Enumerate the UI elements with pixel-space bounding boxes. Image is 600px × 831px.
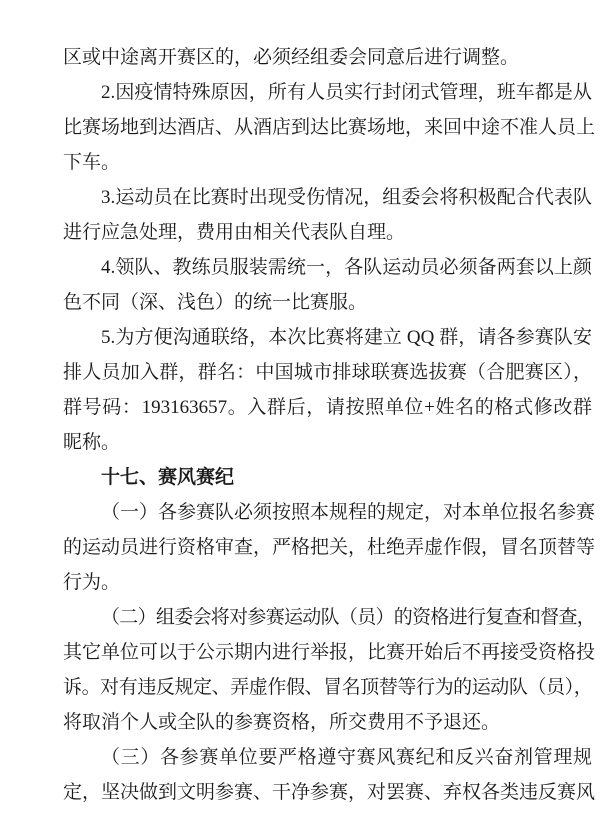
text-line: （二）组委会将对参赛运动队（员）的资格进行复查和督查， (63, 600, 592, 635)
text-line: 其它单位可以于公示期内进行举报，比赛开始后不再接受资格投 (63, 635, 592, 670)
text-line: （三）各参赛单位要严格遵守赛风赛纪和反兴奋剂管理规 (63, 740, 592, 775)
section-heading: 十七、赛风赛纪 (63, 460, 592, 495)
text-line: 昵称。 (63, 425, 592, 460)
text-line: 进行应急处理，费用由相关代表队自理。 (63, 215, 592, 250)
text-line: 诉。对有违反规定、弄虚作假、冒名顶替等行为的运动队（员）， (63, 670, 592, 705)
text-line: 5.为方便沟通联络，本次比赛将建立 QQ 群，请各参赛队安 (63, 320, 592, 355)
text-line: 行为。 (63, 565, 592, 600)
text-line: 的运动员进行资格审查，严格把关，杜绝弄虚作假，冒名顶替等 (63, 530, 592, 565)
text-line: （一）各参赛队必须按照本规程的规定，对本单位报名参赛 (63, 495, 592, 530)
text-line: 4.领队、教练员服装需统一，各队运动员必须备两套以上颜 (63, 250, 592, 285)
text-line: 群号码：193163657。入群后，请按照单位+姓名的格式修改群 (63, 390, 592, 425)
text-line: 色不同（深、浅色）的统一比赛服。 (63, 285, 592, 320)
document-page: 区或中途离开赛区的，必须经组委会同意后进行调整。 2.因疫情特殊原因，所有人员实… (63, 40, 592, 810)
text-line: 2.因疫情特殊原因，所有人员实行封闭式管理，班车都是从 (63, 75, 592, 110)
text-line: 下车。 (63, 145, 592, 180)
text-line: 3.运动员在比赛时出现受伤情况，组委会将积极配合代表队 (63, 180, 592, 215)
text-line: 定，坚决做到文明参赛、干净参赛，对罢赛、弃权各类违反赛风 (63, 775, 592, 810)
text-line: 排人员加入群，群名：中国城市排球联赛选拔赛（合肥赛区）， (63, 355, 592, 390)
text-line: 比赛场地到达酒店、从酒店到达比赛场地，来回中途不准人员上 (63, 110, 592, 145)
text-line: 将取消个人或全队的参赛资格，所交费用不予退还。 (63, 705, 592, 740)
text-line: 区或中途离开赛区的，必须经组委会同意后进行调整。 (63, 40, 592, 75)
